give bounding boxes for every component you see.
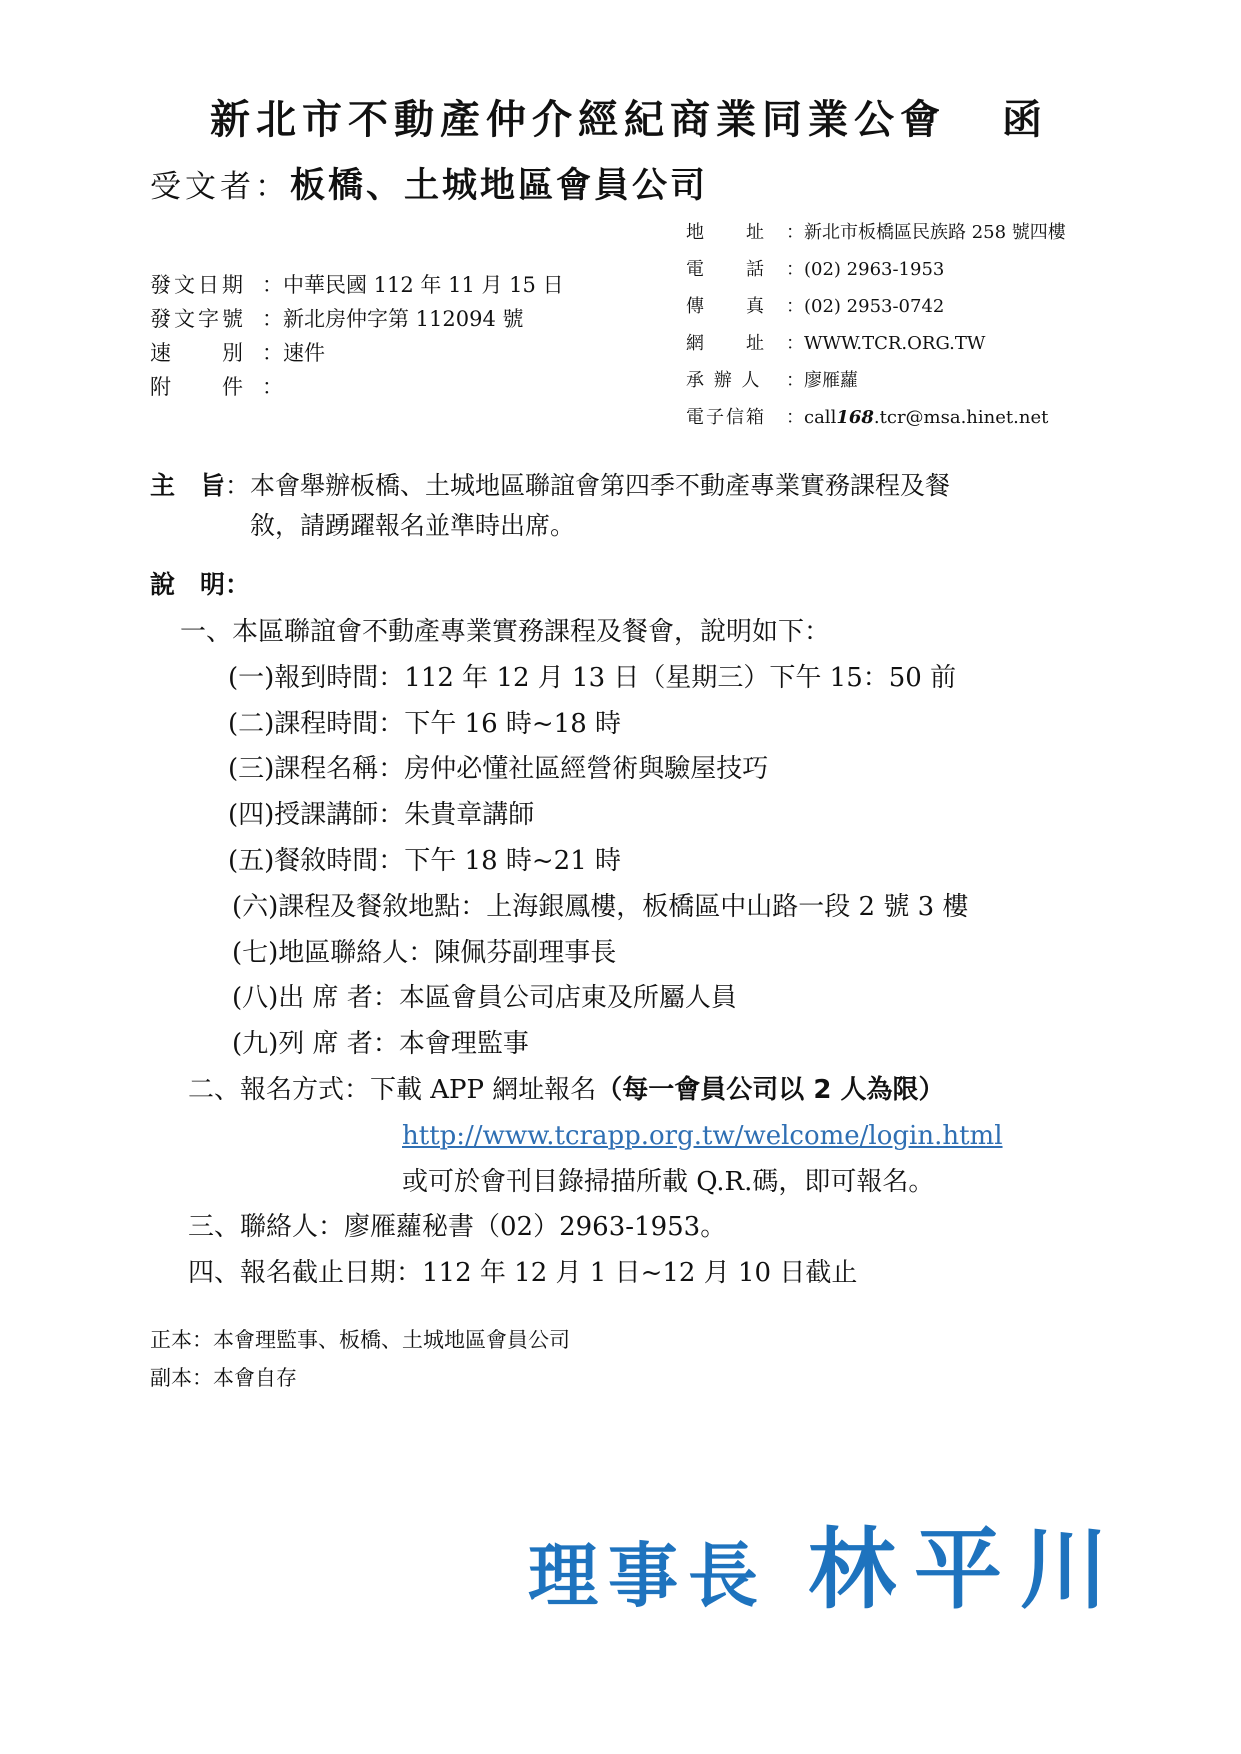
- copies-section: 正本：本會理監事、板橋、土城地區會員公司 副本：本會自存: [150, 1321, 570, 1397]
- subject-section: 主 旨：本會舉辦板橋、土城地區聯誼會第四季不動產專業實務課程及餐 敘，請踴躍報名…: [150, 466, 950, 546]
- document-number: 發文字號：新北房仲字第 112094 號: [150, 302, 564, 336]
- document-title: 新北市不動產仲介經紀商業同業公會函: [210, 88, 1048, 145]
- registration-note: 或可於會刊目錄掃描所載 Q.R.碼，即可報名。: [180, 1160, 1003, 1206]
- contact-email: 電子信箱：call168.tcr@msa.hinet.net: [686, 399, 1066, 436]
- subject-label: 主 旨: [150, 471, 225, 500]
- sub-item-contact: (七)地區聯絡人：陳佩芬副理事長: [180, 931, 1003, 977]
- sub-item-lecturer: (四)授課講師：朱貴章講師: [180, 793, 1003, 839]
- item-1: 一、本區聯誼會不動產專業實務課程及餐會，說明如下：: [180, 610, 1003, 656]
- sub-item-attendees: (八)出 席 者：本區會員公司店東及所屬人員: [180, 976, 1003, 1022]
- contact-address: 地 址：新北市板橋區民族路 258 號四樓: [686, 214, 1066, 251]
- contact-phone: 電 話：(02) 2963-1953: [686, 251, 1066, 288]
- original-copy: 正本：本會理監事、板橋、土城地區會員公司: [150, 1321, 570, 1359]
- sub-item-venue: (六)課程及餐敘地點：上海銀鳳樓，板橋區中山路一段 2 號 3 樓: [180, 885, 1003, 931]
- signature-block: 理事長林平川: [528, 1500, 1126, 1626]
- urgency: 速 別：速件: [150, 336, 564, 370]
- sub-item-course-time: (二)課程時間：下午 16 時~18 時: [180, 702, 1003, 748]
- document-type: 函: [1002, 97, 1048, 143]
- recipient-value: 板橋、土城地區會員公司: [290, 166, 708, 206]
- item-2: 二、報名方式：下載 APP 網址報名（每一會員公司以 2 人為限）: [180, 1068, 1003, 1114]
- duplicate-copy: 副本：本會自存: [150, 1359, 570, 1397]
- registration-limit: （每一會員公司以 2 人為限）: [596, 1075, 944, 1105]
- explanation-list: 一、本區聯誼會不動產專業實務課程及餐會，說明如下： (一)報到時間：112 年 …: [180, 610, 1003, 1297]
- registration-link-row: http://www.tcrapp.org.tw/welcome/login.h…: [180, 1114, 1003, 1160]
- sub-item-dinner-time: (五)餐敘時間：下午 18 時~21 時: [180, 839, 1003, 885]
- sub-item-observers: (九)列 席 者：本會理監事: [180, 1022, 1003, 1068]
- recipient-label: 受文者：: [150, 169, 290, 205]
- sub-item-checkin-time: (一)報到時間：112 年 12 月 13 日（星期三）下午 15：50 前: [180, 656, 1003, 702]
- contact-block: 地 址：新北市板橋區民族路 258 號四樓 電 話：(02) 2963-1953…: [686, 214, 1066, 436]
- item-3: 三、聯絡人：廖雁蘿秘書（02）2963-1953。: [180, 1205, 1003, 1251]
- organization-name: 新北市不動產仲介經紀商業同業公會: [210, 97, 946, 143]
- issue-date: 發文日期：中華民國 112 年 11 月 15 日: [150, 268, 564, 302]
- attachments: 附 件：: [150, 370, 564, 404]
- contact-handler: 承 辦 人：廖雁蘿: [686, 362, 1066, 399]
- subject-text-line2: 敘，請踴躍報名並準時出席。: [150, 506, 950, 546]
- sub-item-course-name: (三)課程名稱：房仲必懂社區經營術與驗屋技巧: [180, 747, 1003, 793]
- contact-fax: 傳 真：(02) 2953-0742: [686, 288, 1066, 325]
- contact-website: 網 址：WWW.TCR.ORG.TW: [686, 325, 1066, 362]
- subject-text-line1: ：本會舉辦板橋、土城地區聯誼會第四季不動產專業實務課程及餐: [225, 471, 950, 500]
- explanation-heading: 說 明：: [150, 565, 250, 601]
- registration-link[interactable]: http://www.tcrapp.org.tw/welcome/login.h…: [402, 1121, 1003, 1151]
- signature-name: 林平川: [808, 1518, 1126, 1621]
- signature-title: 理事長: [528, 1535, 768, 1617]
- document-meta: 發文日期：中華民國 112 年 11 月 15 日 發文字號：新北房仲字第 11…: [150, 268, 564, 404]
- item-4: 四、報名截止日期：112 年 12 月 1 日~12 月 10 日截止: [180, 1251, 1003, 1297]
- recipient-line: 受文者：板橋、土城地區會員公司: [150, 158, 708, 208]
